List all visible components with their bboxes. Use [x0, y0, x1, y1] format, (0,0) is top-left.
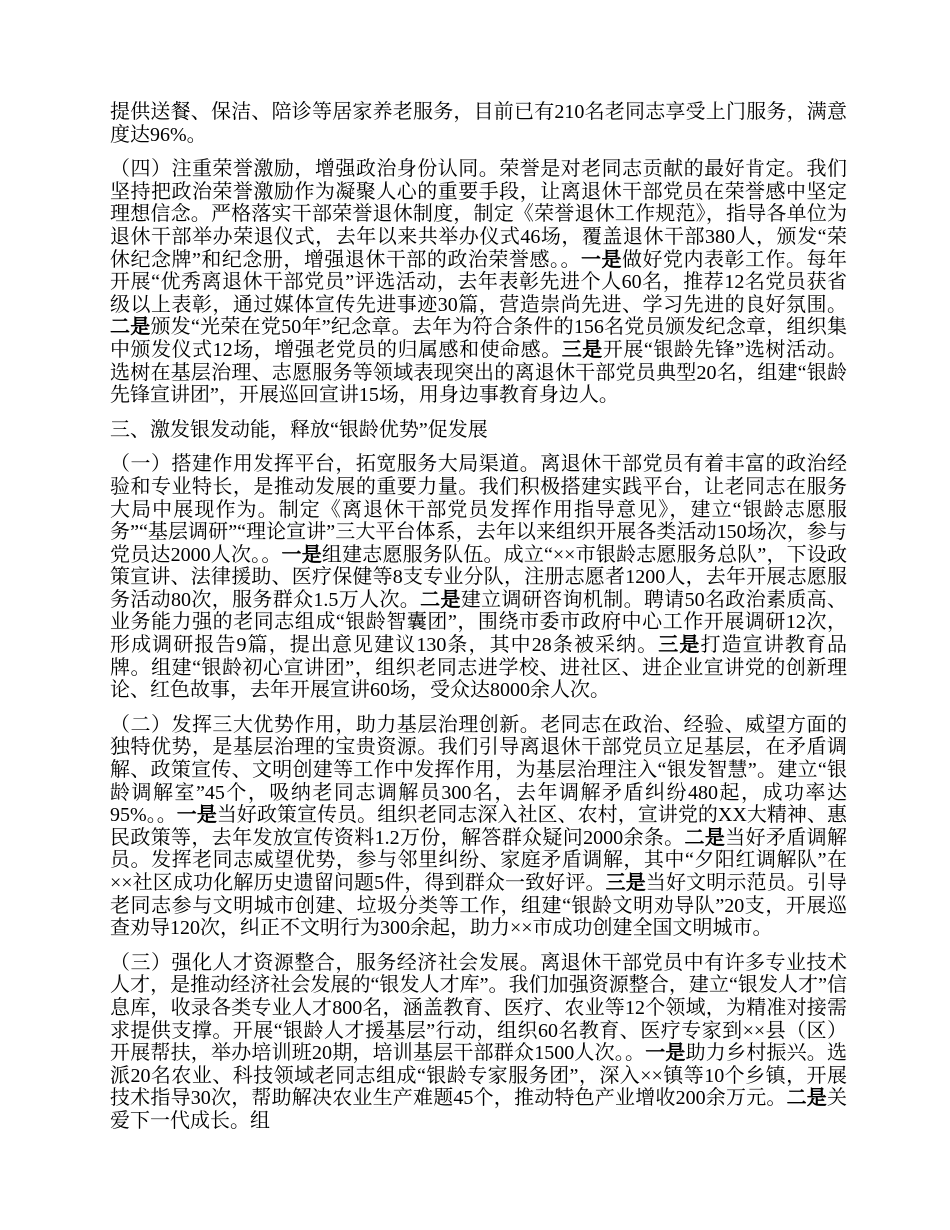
bold-enumerator-text: 二是	[787, 1087, 827, 1109]
bold-enumerator-text: 一是	[177, 804, 217, 826]
bold-enumerator-text: 一是	[282, 544, 322, 566]
paragraph: （三）强化人才资源整合，服务经济社会发展。离退休干部党员中有许多专业技术人才，是…	[110, 952, 847, 1133]
paragraph: （一）搭建作用发挥平台，拓宽服务大局渠道。离退休干部党员有着丰富的政治经验和专业…	[110, 453, 847, 702]
section-heading: 三、激发银发动能，释放“银龄优势”促发展	[110, 419, 847, 442]
bold-enumerator-text: 一是	[581, 249, 622, 271]
bold-enumerator-text: 二是	[420, 589, 461, 611]
paragraph: 提供送餐、保洁、陪诊等居家养老服务，目前已有210名老同志享受上门服务，满意度达…	[110, 101, 847, 146]
document-page: 提供送餐、保洁、陪诊等居家养老服务，目前已有210名老同志享受上门服务，满意度达…	[0, 0, 950, 1230]
body-text: 提供送餐、保洁、陪诊等居家养老服务，目前已有210名老同志享受上门服务，满意度达…	[110, 101, 847, 146]
bold-enumerator-text: 三是	[562, 339, 603, 361]
bold-enumerator-text: 三是	[658, 634, 700, 656]
document-text-area: 提供送餐、保洁、陪诊等居家养老服务，目前已有210名老同志享受上门服务，满意度达…	[110, 101, 847, 1133]
bold-enumerator-text: 一是	[645, 1042, 685, 1064]
bold-enumerator-text: 三是	[606, 872, 646, 894]
bold-enumerator-text: 二是	[685, 827, 726, 849]
body-text: 三、激发银发动能，释放“银龄优势”促发展	[110, 419, 488, 441]
paragraph: （四）注重荣誉激励，增强政治身份认同。荣誉是对老同志贡献的最好肯定。我们坚持把政…	[110, 158, 847, 407]
paragraph: （二）发挥三大优势作用，助力基层治理创新。老同志在政治、经验、威望方面的独特优势…	[110, 714, 847, 940]
bold-enumerator-text: 二是	[110, 316, 151, 338]
